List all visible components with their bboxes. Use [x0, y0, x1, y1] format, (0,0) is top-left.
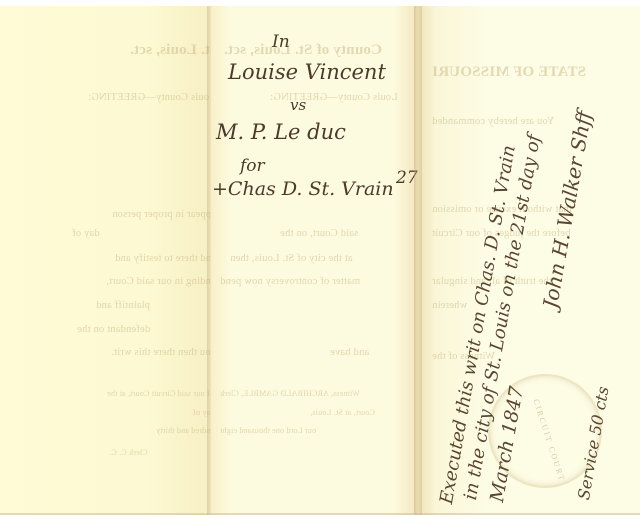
bleed-line: our Lord one thousand eight [220, 426, 316, 435]
bleed-line: matter of controversy now pend [220, 276, 360, 287]
bleed-line: ending in our said Court, [106, 276, 210, 287]
bleed-line: Court, at St. Louis, [310, 408, 375, 417]
bleed-line: undred and thirty [156, 426, 211, 435]
endorsement-in: In [272, 32, 290, 52]
bleed-line: Witness, ARCHIBALD GAMBLE, Clerk [220, 389, 360, 398]
bleed-heading: County of St. Louis, sct. [224, 42, 382, 59]
endorsement-witness: +Chas D. St. Vrain [212, 178, 394, 200]
left-panel: St. Louis, sct. Louis County—GREETING: a… [0, 6, 210, 515]
bleed-line: said Court, on the [280, 228, 358, 239]
bleed-line: appear in proper person [112, 209, 210, 220]
witness-name: Chas D. St. Vrain [228, 178, 394, 200]
document-sheet: St. Louis, sct. Louis County—GREETING: a… [0, 6, 640, 515]
fold-crease-left [207, 6, 211, 515]
bleed-line: Clerk C. C. [109, 448, 148, 457]
bleed-line: and there to testify and [115, 253, 210, 264]
bleed-line: you then there this writ. [111, 347, 210, 358]
bleed-line: and have [330, 347, 369, 358]
bleed-line: of our said Circuit Court, at the [107, 389, 210, 398]
middle-panel: County of St. Louis, sct. Louis County—G… [210, 6, 418, 515]
endorsement-vs: vs [290, 96, 306, 114]
bleed-line: You are hereby commanded [432, 116, 554, 127]
endorsement-plaintiff: Louise Vincent [228, 60, 386, 84]
bleed-heading: STATE OF MISSOURI [432, 64, 586, 81]
bleed-line: wherein [432, 300, 467, 311]
paper-bottom-edge [0, 513, 640, 515]
bleed-line: day of [72, 228, 100, 239]
endorsement-defendant: M. P. Le duc [216, 120, 346, 144]
bleed-line: plaintiff and [96, 300, 150, 311]
bleed-line: at the city of St. Louis, then [230, 253, 353, 264]
bleed-line: Louis County—GREETING: [88, 92, 210, 103]
bleed-heading: St. Louis, sct. [130, 42, 210, 59]
plus-mark: + [212, 178, 228, 200]
bleed-line: defendant on the [77, 324, 150, 335]
endorsement-for: for [240, 156, 265, 176]
fold-crease-right [414, 6, 422, 515]
